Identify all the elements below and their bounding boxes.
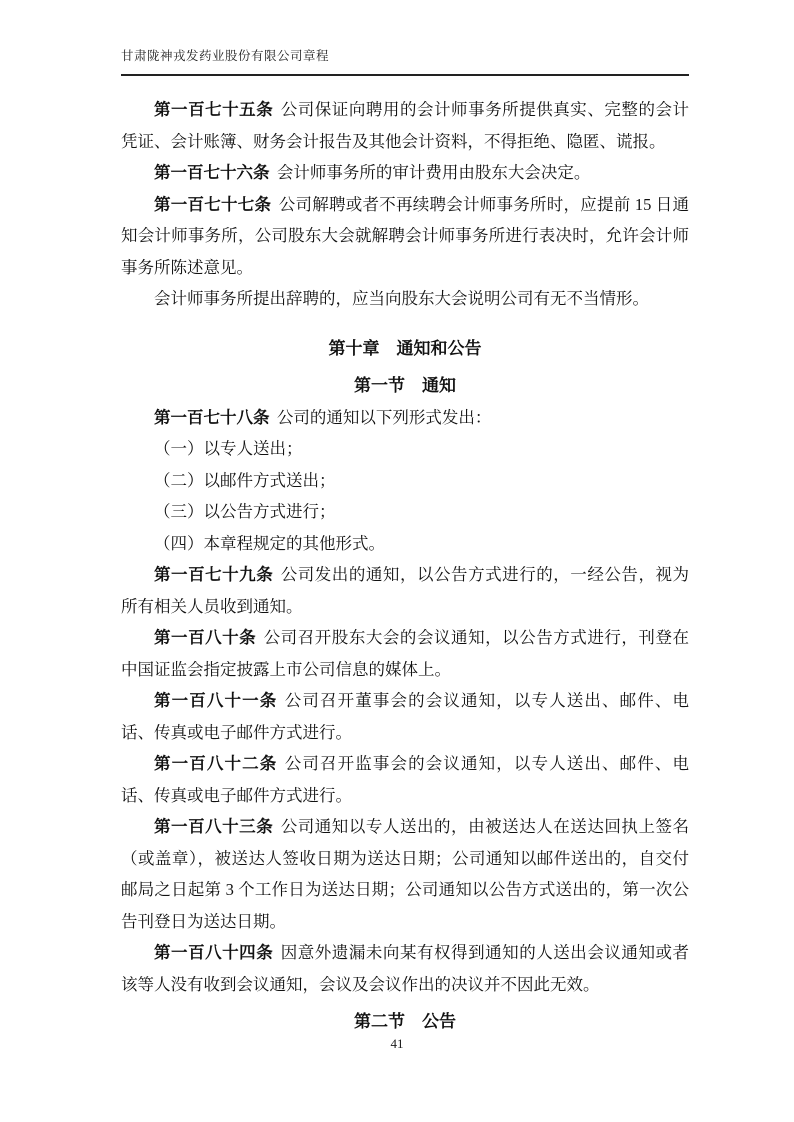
chapter-heading: 第十章 通知和公告: [121, 333, 689, 365]
article-number: 第一百八十一条: [154, 691, 277, 710]
article-paragraph: 第一百八十条公司召开股东大会的会议通知，以公告方式进行，刊登在中国证监会指定披露…: [121, 622, 689, 685]
article-number: 第一百七十六条: [154, 163, 270, 182]
page-number: 41: [0, 1036, 794, 1052]
article-paragraph: 第一百七十五条公司保证向聘用的会计师事务所提供真实、完整的会计凭证、会计账簿、财…: [121, 94, 689, 157]
list-item: （三）以公告方式进行；: [121, 496, 689, 528]
article-number: 第一百八十条: [154, 628, 256, 647]
section-heading: 第一节 通知: [121, 370, 689, 402]
section-heading: 第二节 公告: [121, 1006, 689, 1038]
article-paragraph: 第一百八十三条公司通知以专人送出的，由被送达人在送达回执上签名（或盖章），被送达…: [121, 811, 689, 937]
article-paragraph: 第一百七十九条公司发出的通知，以公告方式进行的，一经公告，视为所有相关人员收到通…: [121, 559, 689, 622]
article-number: 第一百八十四条: [154, 943, 273, 962]
article-paragraph: 第一百七十八条公司的通知以下列形式发出：: [121, 402, 689, 434]
document-page: 甘肃陇神戎发药业股份有限公司章程 第一百七十五条公司保证向聘用的会计师事务所提供…: [0, 0, 794, 1122]
list-item: （二）以邮件方式送出；: [121, 465, 689, 497]
list-item: （四）本章程规定的其他形式。: [121, 528, 689, 560]
article-number: 第一百七十九条: [154, 565, 273, 584]
article-paragraph: 第一百七十七条公司解聘或者不再续聘会计师事务所时，应提前 15 日通知会计师事务…: [121, 189, 689, 284]
article-number: 第一百七十五条: [154, 100, 273, 119]
list-item: （一）以专人送出；: [121, 433, 689, 465]
page-header: 甘肃陇神戎发药业股份有限公司章程: [121, 46, 689, 76]
article-number: 第一百八十三条: [154, 817, 273, 836]
plain-paragraph: 会计师事务所提出辞聘的，应当向股东大会说明公司有无不当情形。: [121, 283, 689, 315]
document-body: 第一百七十五条公司保证向聘用的会计师事务所提供真实、完整的会计凭证、会计账簿、财…: [121, 94, 689, 1038]
article-paragraph: 第一百八十四条因意外遗漏未向某有权得到通知的人送出会议通知或者该等人没有收到会议…: [121, 937, 689, 1000]
article-number: 第一百八十二条: [154, 754, 277, 773]
article-text: 公司的通知以下列形式发出：: [277, 408, 492, 427]
article-number: 第一百七十八条: [154, 408, 270, 427]
article-paragraph: 第一百八十一条公司召开董事会的会议通知，以专人送出、邮件、电话、传真或电子邮件方…: [121, 685, 689, 748]
document-title: 甘肃陇神戎发药业股份有限公司章程: [121, 49, 329, 63]
article-text: 会计师事务所的审计费用由股东大会决定。: [277, 163, 591, 182]
article-paragraph: 第一百八十二条公司召开监事会的会议通知，以专人送出、邮件、电话、传真或电子邮件方…: [121, 748, 689, 811]
article-paragraph: 第一百七十六条会计师事务所的审计费用由股东大会决定。: [121, 157, 689, 189]
article-number: 第一百七十七条: [154, 195, 271, 214]
